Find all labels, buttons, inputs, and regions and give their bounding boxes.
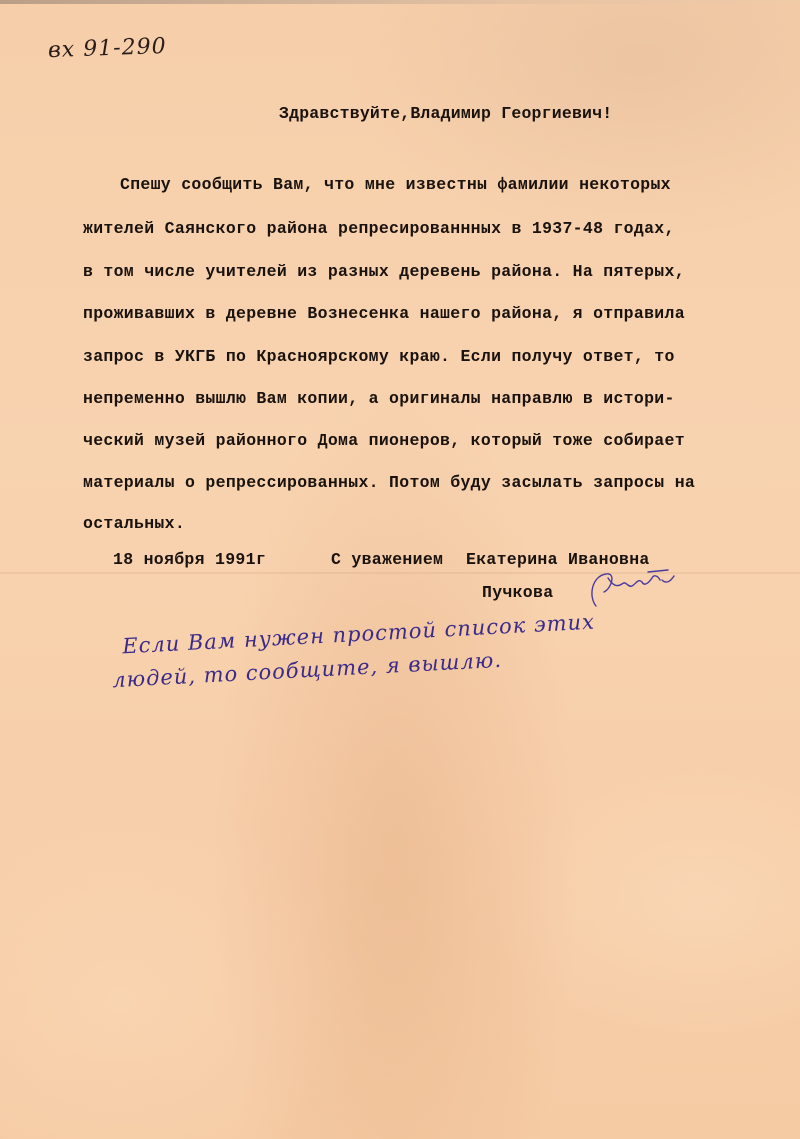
letter-date: 18 ноября 1991г — [113, 550, 266, 569]
body-line: материалы о репрессированных. Потом буду… — [83, 473, 695, 492]
signature-icon — [582, 566, 678, 612]
body-line: остальных. — [83, 514, 185, 533]
body-line: непременно вышлю Вам копии, а оригиналы … — [83, 389, 675, 408]
letter-page: вх 91-290 Здравствуйте,Владимир Георгиев… — [0, 0, 800, 1139]
body-line: в том числе учителей из разных деревень … — [83, 262, 685, 281]
body-line: Спешу сообщить Вам, что мне известны фам… — [120, 175, 671, 194]
paper-top-edge — [0, 0, 800, 4]
body-line: ческий музей районного Дома пионеров, ко… — [83, 431, 685, 450]
body-line: запрос в УКГБ по Красноярскому краю. Есл… — [83, 347, 675, 366]
author-surname: Пучкова — [482, 583, 553, 602]
body-line: проживавших в деревне Вознесенка нашего … — [83, 304, 685, 323]
letter-greeting: Здравствуйте,Владимир Георгиевич! — [279, 104, 612, 123]
handwritten-line: Если Вам нужен простой список этих — [122, 610, 596, 659]
body-line: жителей Саянского района репресированнны… — [83, 219, 675, 238]
reference-number: вх 91-290 — [48, 34, 167, 63]
paper-fold-line — [0, 572, 800, 574]
closing-phrase: С уважением — [331, 550, 443, 569]
